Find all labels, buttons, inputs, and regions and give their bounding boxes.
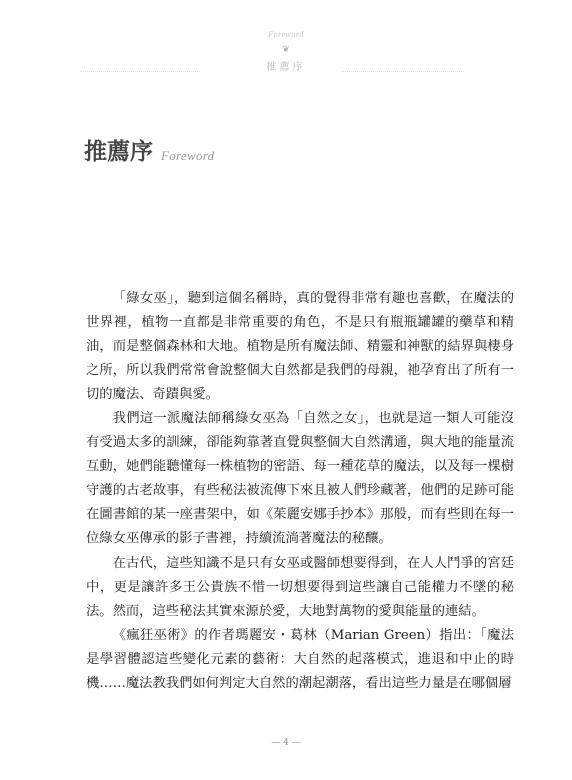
paragraph: 《瘋狂巫術》的作者瑪麗安・葛林（Marian Green）指出：「魔法是學習體認… bbox=[86, 624, 514, 696]
flower-ornament-icon: ❦ bbox=[0, 45, 572, 55]
paragraph: 在古代，這些知識不是只有女巫或醫師想要得到，在人人鬥爭的宮廷中，更是讓許多王公貴… bbox=[86, 552, 514, 624]
running-header-script-label: Foreword bbox=[0, 30, 572, 39]
body-text: 「綠女巫」，聽到這個名稱時，真的覺得非常有趣也喜歡，在魔法的世界裡，植物一直都是… bbox=[86, 287, 514, 696]
running-header-title: 推薦序 bbox=[0, 62, 572, 74]
paragraph: 我們這一派魔法師稱綠女巫為「自然之女」，也就是這一類人可能沒有受過太多的訓練，卻… bbox=[86, 407, 514, 551]
chapter-title: 推薦序 Foreword bbox=[84, 138, 214, 166]
paragraph: 「綠女巫」，聽到這個名稱時，真的覺得非常有趣也喜歡，在魔法的世界裡，植物一直都是… bbox=[86, 287, 514, 407]
chapter-title-zh: 推薦序 bbox=[84, 138, 153, 166]
running-header: Foreword ❦ 推薦序 bbox=[0, 26, 572, 82]
page-number: — 4 — bbox=[0, 737, 572, 749]
chapter-title-en: Foreword bbox=[161, 146, 214, 166]
header-rule-right bbox=[342, 71, 464, 72]
